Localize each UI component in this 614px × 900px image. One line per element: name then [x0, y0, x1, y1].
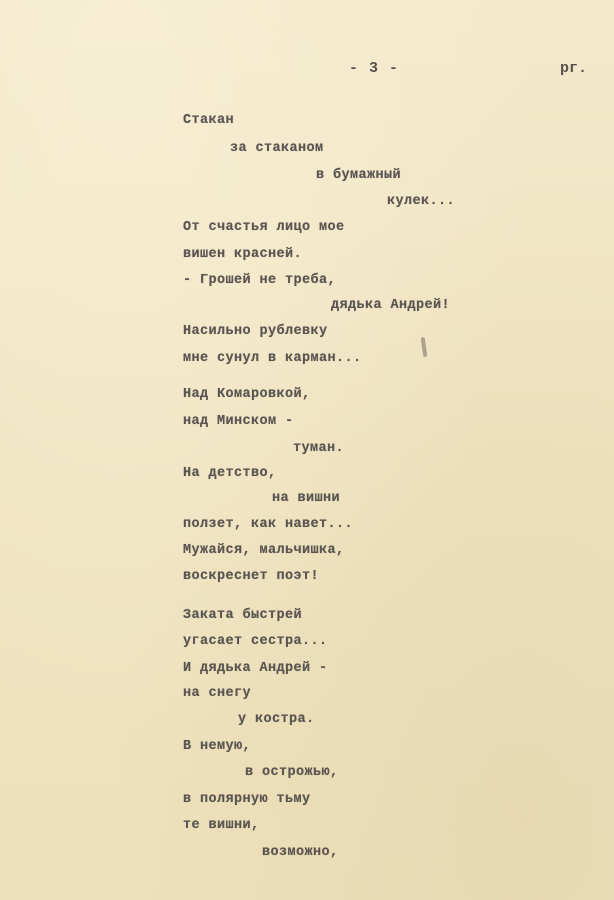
poem-line: воскреснет поэт!: [183, 569, 319, 584]
poem-line: на вишни: [272, 491, 340, 506]
typewritten-page: - 3 - рг. Стакан за стаканом в бумажный …: [0, 0, 614, 900]
poem-line: за стаканом: [230, 141, 324, 156]
poem-line: Над Комаровкой,: [183, 387, 311, 402]
poem-line: Заката быстрей: [183, 608, 302, 623]
ink-smudge: [421, 337, 428, 357]
poem-line: в острожью,: [245, 765, 339, 780]
poem-line: над Минском -: [183, 414, 294, 429]
poem-line: вишен красней.: [183, 247, 302, 262]
poem-line: Стакан: [183, 113, 234, 128]
poem-line: в бумажный: [316, 168, 401, 183]
poem-line: И дядька Андрей -: [183, 661, 328, 676]
poem-line: - Грошей не треба,: [183, 273, 336, 288]
poem-line: в полярную тьму: [183, 792, 311, 807]
poem-line: В немую,: [183, 739, 251, 754]
poem-line: на снегу: [183, 686, 251, 701]
poem-line: мне сунул в карман...: [183, 351, 362, 366]
poem-line: те вишни,: [183, 818, 260, 833]
poem-line: угасает сестра...: [183, 634, 328, 649]
poem-line: кулек...: [387, 194, 455, 209]
page-number: - 3 -: [349, 60, 399, 77]
poem-line: у костра.: [238, 712, 315, 727]
poem-line: Мужайся, мальчишка,: [183, 543, 345, 558]
poem-line: От счастья лицо мое: [183, 220, 345, 235]
poem-line: На детство,: [183, 466, 277, 481]
poem-line: дядька Андрей!: [331, 298, 450, 313]
poem-line: туман.: [293, 441, 344, 456]
poem-line: Насильно рублевку: [183, 324, 328, 339]
poem-line: возможно,: [262, 845, 339, 860]
poem-line: ползет, как навет...: [183, 517, 353, 532]
typist-initials: рг.: [560, 60, 587, 77]
